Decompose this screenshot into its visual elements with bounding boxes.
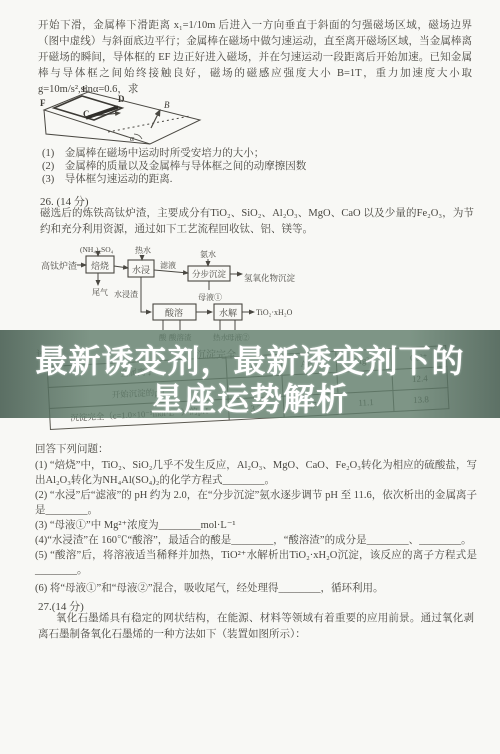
label-D: D <box>118 94 125 104</box>
q26-question-1: (1) “焙烧”中，TiO₂、SiO₂几乎不发生反应，Al₂O₃、MgO、CaO… <box>35 458 477 488</box>
label-F: F <box>40 98 46 108</box>
flow-box-acid-label: 酸溶 <box>165 307 183 318</box>
physics-item-3: (3) 导体框匀速运动的距离. <box>42 172 472 188</box>
exam-paper-page: 开始下滑，金属棒下滑距离 x₁=1/10m 后进入一方向垂直于斜面的匀强磁场区域… <box>0 0 500 754</box>
q26-questions-block: 回答下列问题： (1) “焙烧”中，TiO₂、SiO₂几乎不发生反应，Al₂O₃… <box>35 442 477 596</box>
label-E: E <box>82 86 88 94</box>
flow-reagent-ammonium-sulfate: (NH₄)₂SO₄ <box>80 245 114 254</box>
flow-box-leach-label: 水浸 <box>132 264 150 275</box>
banner-title-line2: 星座运势解析 <box>0 374 500 420</box>
flow-feed-slag: 高钛炉渣 <box>41 260 77 271</box>
label-B: B <box>164 100 170 110</box>
flow-out-tio2: TiO₂·xH₂O <box>256 308 293 317</box>
flow-out-tailgas: 尾气 <box>92 287 108 297</box>
q26-question-3: (3) “母液①”中 Mg²⁺浓度为________mol·L⁻¹ <box>35 518 477 533</box>
process-flowchart: (NH₄)₂SO₄ 热水 氨水 高钛炉渣 焙烧 尾气 水浸 滤液 分步沉淀 氢氧… <box>28 240 338 344</box>
b-field-arrow <box>151 110 160 128</box>
inclined-plane-figure: E D F C B α <box>30 86 210 158</box>
alpha-angle-arc <box>134 134 142 139</box>
q26-answer-prompt: 回答下列问题： <box>35 442 477 457</box>
field-boundary-dashed-line <box>108 116 190 132</box>
flow-reagent-ammonia: 氨水 <box>200 249 216 259</box>
flow-out-leach-residue: 水浸渣 <box>114 289 138 299</box>
label-C: C <box>83 109 90 119</box>
q26-intro: 磁选后的炼铁高钛炉渣，主要成分有TiO₂、SiO₂、Al₂O₃、MgO、CaO … <box>40 206 474 238</box>
q26-question-4: (4)“水浸渣”在 160℃“酸溶”，最适合的酸是________，“酸溶渣”的… <box>35 533 477 548</box>
q27-intro: 氧化石墨烯具有稳定的网状结构，在能源、材料等领域有着重要的应用前景。通过氧化剥离… <box>38 611 474 643</box>
q26-question-6: (6) 将“母液①”和“母液②”混合，吸收尾气，经处理得________，循环利… <box>35 581 477 596</box>
flow-stream-filtrate: 滤液 <box>160 260 176 270</box>
flow-box-hydrolysis-label: 水解 <box>219 307 237 318</box>
q26-question-5: (5) “酸溶”后，将溶液适当稀释并加热，TiO²⁺水解析出TiO₂·xH₂O沉… <box>35 548 477 578</box>
flow-out-hydroxide: 氢氧化物沉淀 <box>244 273 296 283</box>
flow-box-precip-label: 分步沉淀 <box>192 269 227 279</box>
flow-box-roast-label: 焙烧 <box>91 260 109 271</box>
flow-reagent-hot-water: 热水 <box>135 245 151 255</box>
flow-out-mother1: 母液① <box>198 292 222 302</box>
q26-question-2: (2) “水浸”后“滤液”的 pH 约为 2.0，在“分步沉淀”氨水逐步调节 p… <box>35 488 477 518</box>
